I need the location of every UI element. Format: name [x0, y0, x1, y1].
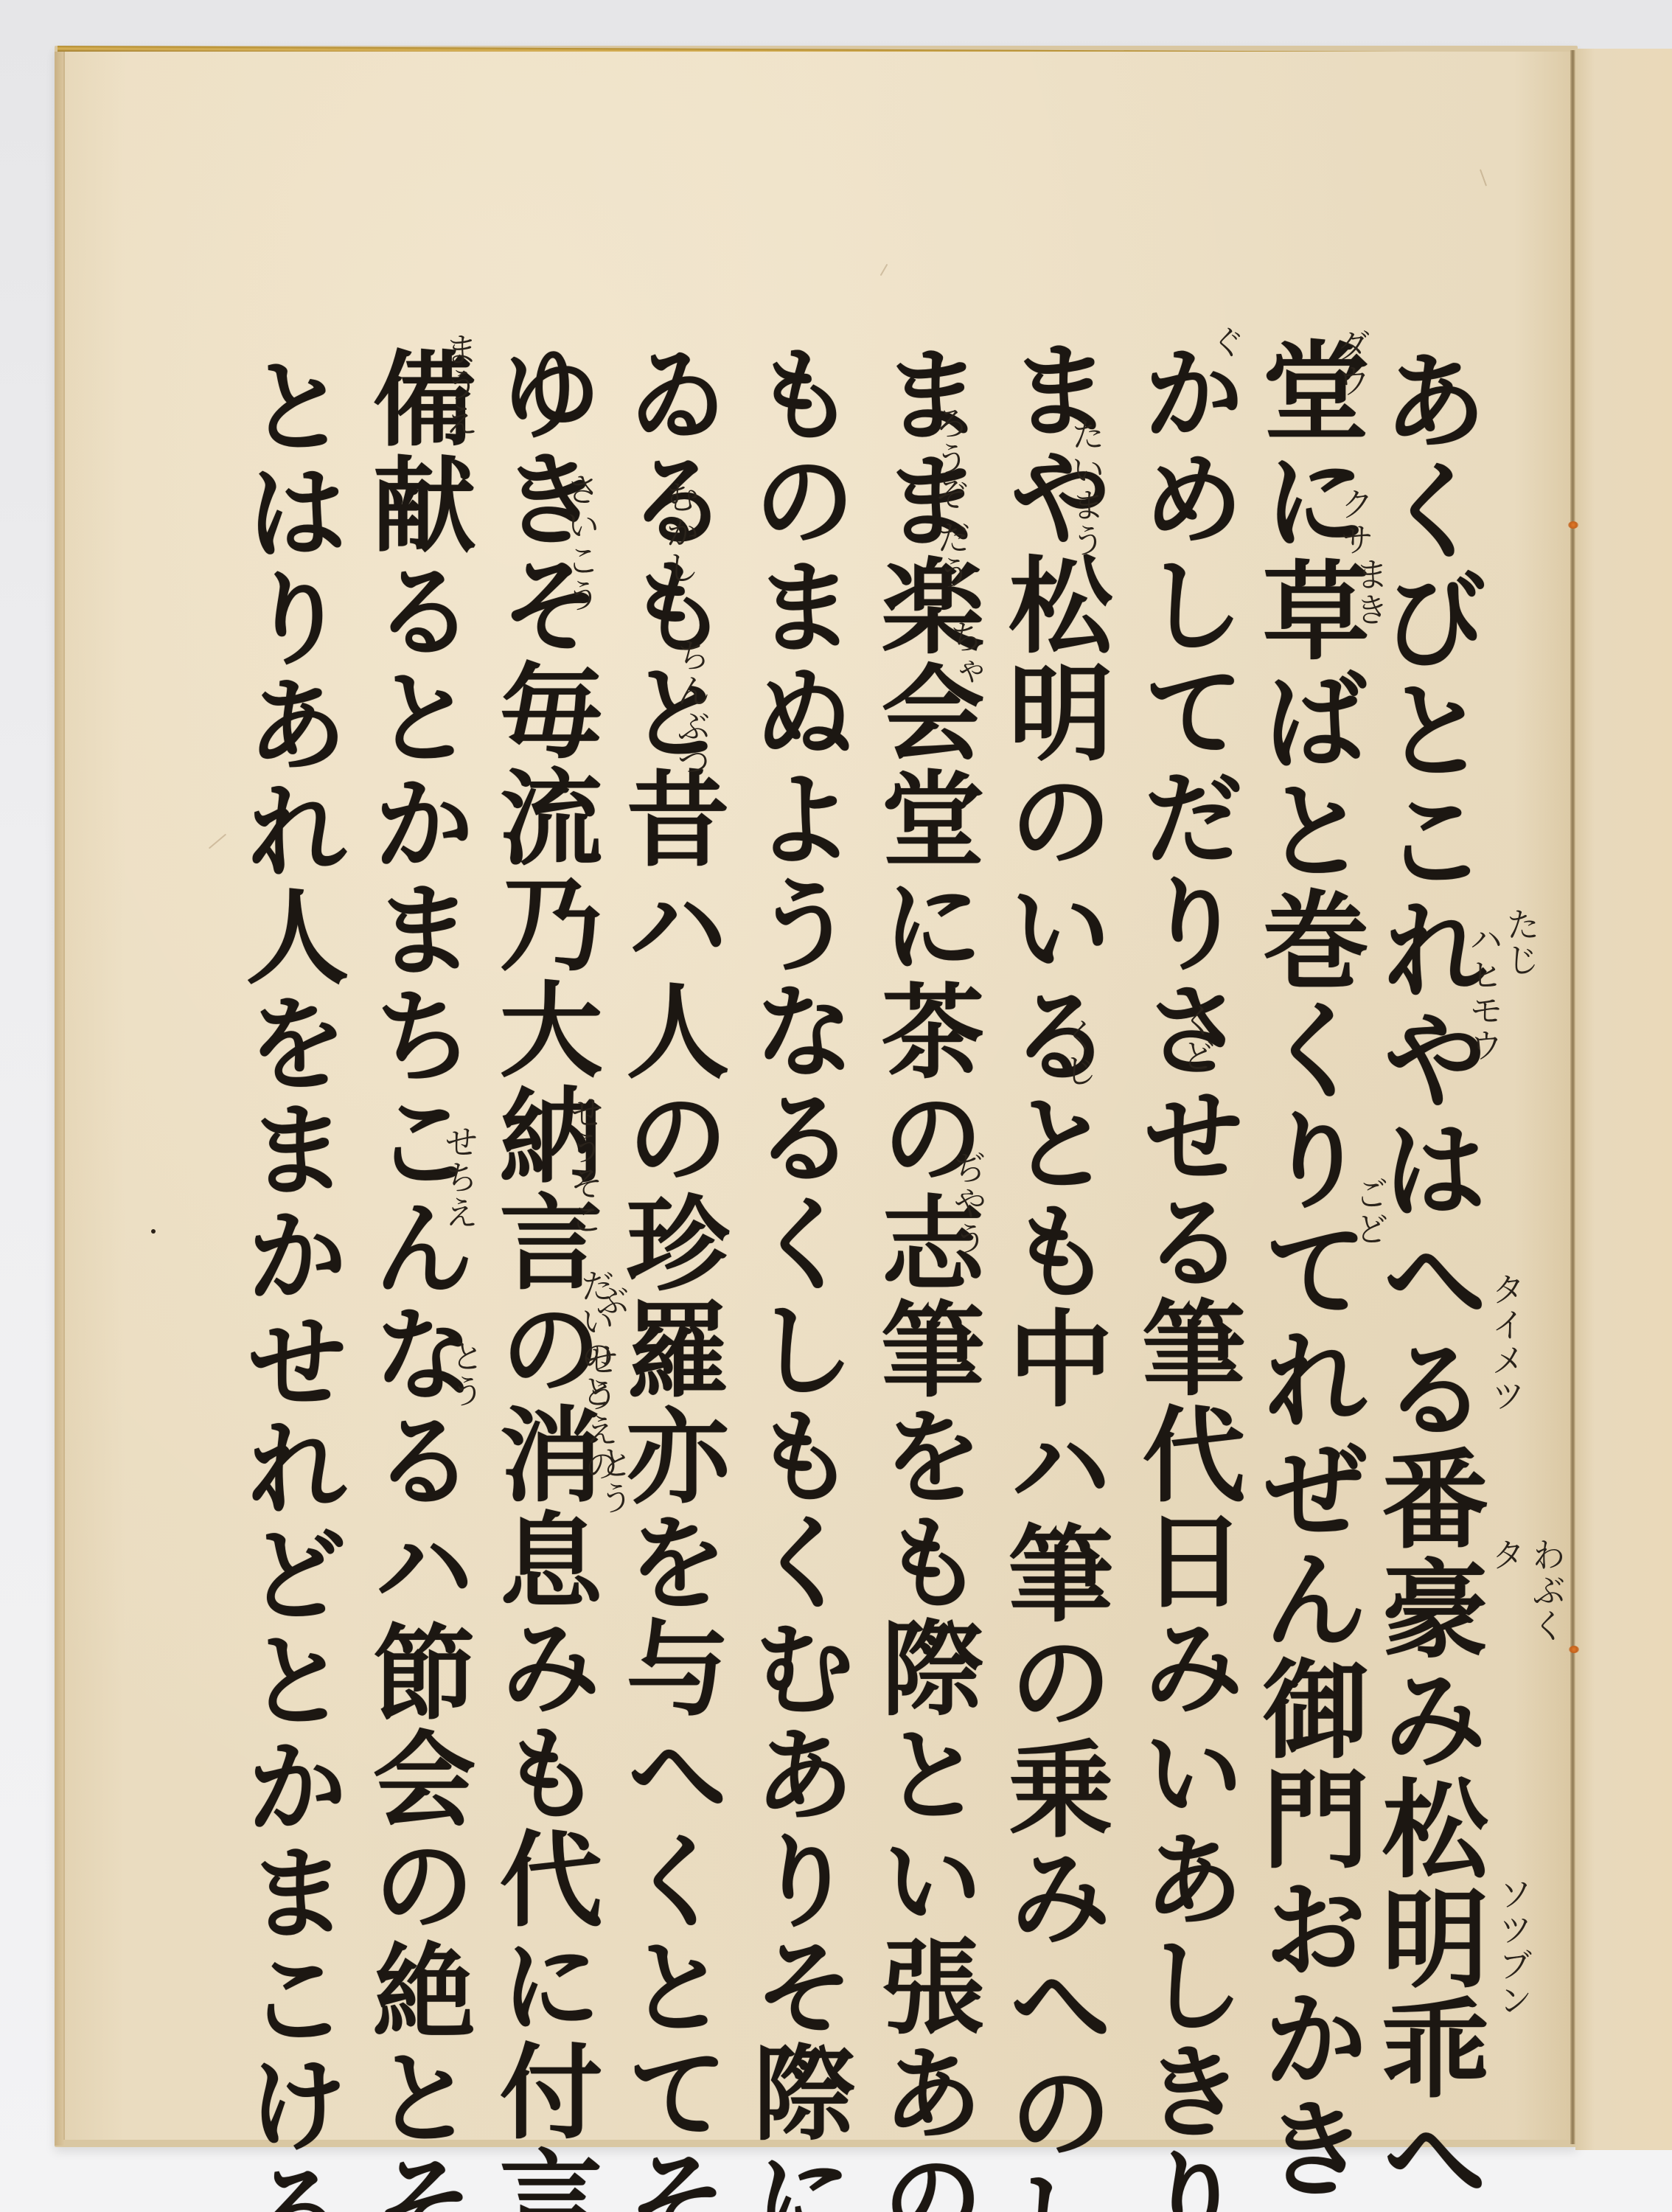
- text-column-2: 堂に草ばと巻くりてれぜん御門おかきにたちお: [1253, 335, 1360, 1832]
- furigana-gloss: ごど: [1353, 1176, 1387, 1247]
- ink-speck: [151, 1229, 156, 1234]
- furigana-gloss: とう: [597, 1445, 631, 1516]
- furigana-gloss: くじ: [1062, 1018, 1095, 1088]
- furigana-gloss: くど: [1180, 1003, 1213, 1074]
- furigana-gloss: たいまう: [1069, 417, 1103, 558]
- furigana-gloss: ぢやう: [951, 1150, 985, 1256]
- furigana-gloss: むかし: [663, 479, 697, 585]
- binding-thread-hole: [1568, 521, 1578, 529]
- furigana-gloss: とう: [448, 1338, 482, 1409]
- facing-page-edge: [1575, 49, 1672, 2150]
- furigana-gloss: ちゃ: [947, 619, 981, 690]
- furigana-gloss: せうそこ: [568, 1095, 602, 1237]
- furigana-gloss: だう: [935, 520, 969, 591]
- furigana-gloss: せちえ: [442, 1124, 476, 1231]
- furigana-gloss: ソツブン: [1497, 1877, 1530, 2018]
- binding-thread-hole: [1569, 1646, 1579, 1653]
- furigana-gloss: さいこう: [564, 472, 598, 613]
- furigana-gloss: タイメツ: [1489, 1272, 1523, 1413]
- binding-gutter: [1570, 50, 1575, 2144]
- text-column-10: とはりあれ人をまかせれどとかまこけるとぞ: [237, 352, 341, 1252]
- furigana-gloss: ぶ: [593, 1283, 627, 1318]
- furigana-gloss: ハヒモウ: [1467, 922, 1501, 1063]
- furigana-gloss: まき: [1353, 557, 1387, 627]
- furigana-gloss: ろうぞ: [933, 406, 966, 512]
- furigana-gloss: ぐ: [1209, 324, 1243, 360]
- furigana-gloss: ちんぶつ: [675, 638, 708, 779]
- furigana-gloss: タ: [1489, 1537, 1523, 1573]
- text-column-6: ものまぬようなるくしもくむありそ際に: [745, 341, 848, 1764]
- furigana-gloss: たじ: [1504, 907, 1538, 978]
- furigana-gloss: クサ: [1338, 487, 1372, 557]
- furigana-gloss: ダウ: [1334, 328, 1368, 399]
- furigana-gloss: わぶく: [1530, 1537, 1564, 1644]
- furigana-gloss: まうえ: [442, 332, 476, 438]
